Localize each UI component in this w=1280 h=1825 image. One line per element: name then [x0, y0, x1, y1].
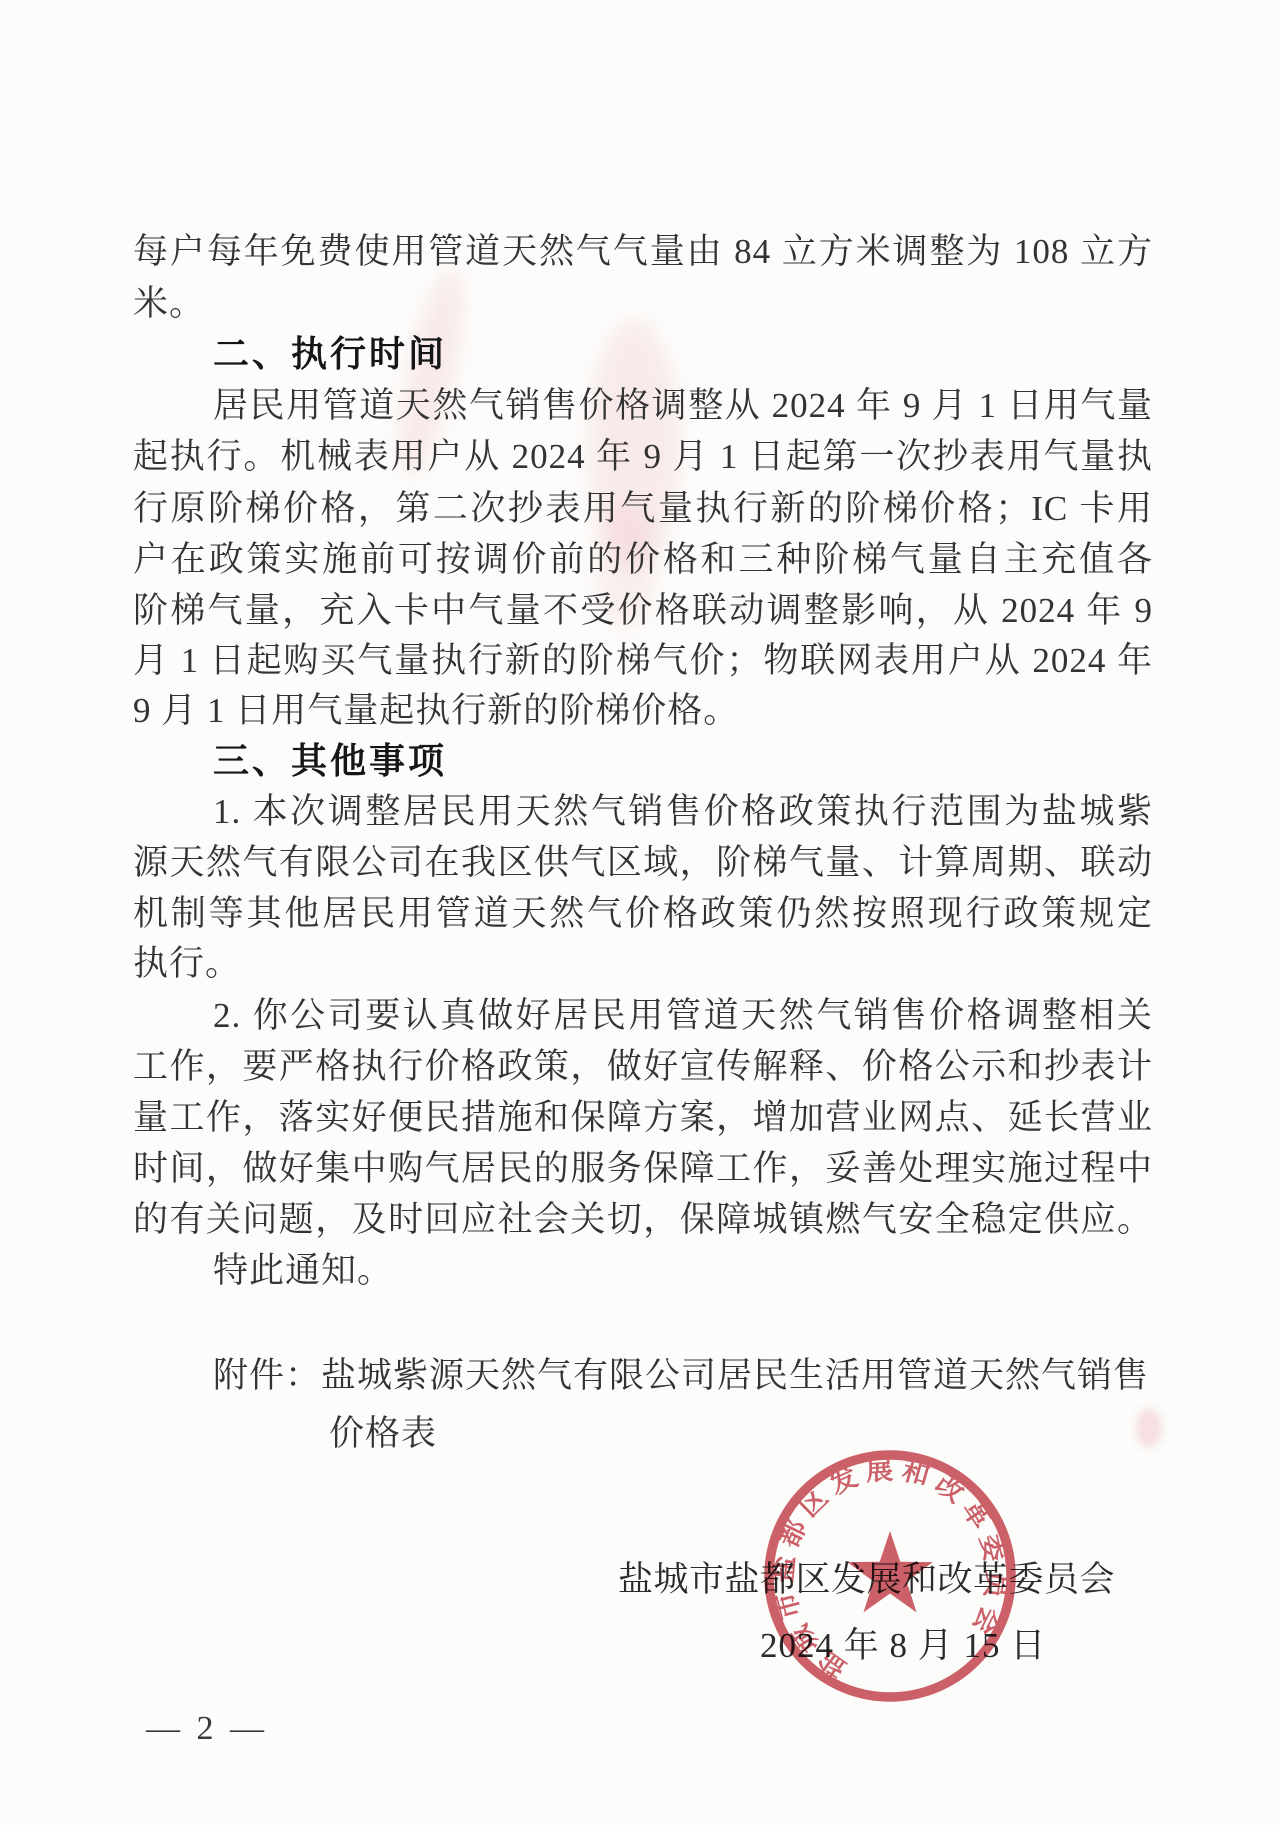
text-line: 每户每年免费使用管道天然气气量由 84 立方米调整为 108 立方	[133, 228, 1153, 276]
text-line: 居民用管道天然气销售价格调整从 2024 年 9 月 1 日用气量	[133, 382, 1153, 430]
text-line: 的有关问题，及时回应社会关切，保障城镇燃气安全稳定供应。	[133, 1196, 1153, 1244]
text-line: 执行。	[133, 940, 1153, 988]
text-line: 9 月 1 日用气量起执行新的阶梯价格。	[133, 687, 1153, 735]
text-line: 量工作，落实好便民措施和保障方案，增加营业网点、延长营业	[133, 1094, 1153, 1142]
text-line: 三、其他事项	[133, 737, 1153, 785]
scanned-notice-page: 每户每年免费使用管道天然气气量由 84 立方米调整为 108 立方米。二、执行时…	[0, 0, 1280, 1825]
text-line: 起执行。机械表用户从 2024 年 9 月 1 日起第一次抄表用气量执	[133, 433, 1153, 481]
text-line: 特此通知。	[133, 1247, 1153, 1295]
text-line: 米。	[133, 280, 1153, 328]
page-number: — 2 —	[146, 1710, 268, 1748]
text-line: 时间，做好集中购气居民的服务保障工作，妥善处理实施过程中	[133, 1145, 1153, 1193]
seal-star-icon	[847, 1531, 933, 1612]
text-line: 工作，要严格执行价格政策，做好宣传解释、价格公示和抄表计	[133, 1043, 1153, 1091]
text-line: 户在政策实施前可按调价前的价格和三种阶梯气量自主充值各	[133, 536, 1153, 584]
text-line: 1. 本次调整居民用天然气销售价格政策执行范围为盐城紫	[133, 788, 1153, 836]
official-seal: 盐城市盐都区发展和改革委员会	[758, 1444, 1022, 1708]
text-line: 阶梯气量，充入卡中气量不受价格联动调整影响，从 2024 年 9	[133, 587, 1153, 635]
text-line: 月 1 日起购买气量执行新的阶梯气价；物联网表用户从 2024 年	[133, 637, 1153, 685]
text-line: 二、执行时间	[133, 330, 1153, 378]
text-line: 2. 你公司要认真做好居民用管道天然气销售价格调整相关	[133, 992, 1153, 1040]
text-line: 行原阶梯价格，第二次抄表用气量执行新的阶梯价格；IC 卡用	[133, 485, 1153, 533]
text-line: 附件：盐城紫源天然气有限公司居民生活用管道天然气销售	[133, 1352, 1153, 1400]
text-line: 源天然气有限公司在我区供气区域，阶梯气量、计算周期、联动	[133, 839, 1153, 887]
text-line: 机制等其他居民用管道天然气价格政策仍然按照现行政策规定	[133, 890, 1153, 938]
